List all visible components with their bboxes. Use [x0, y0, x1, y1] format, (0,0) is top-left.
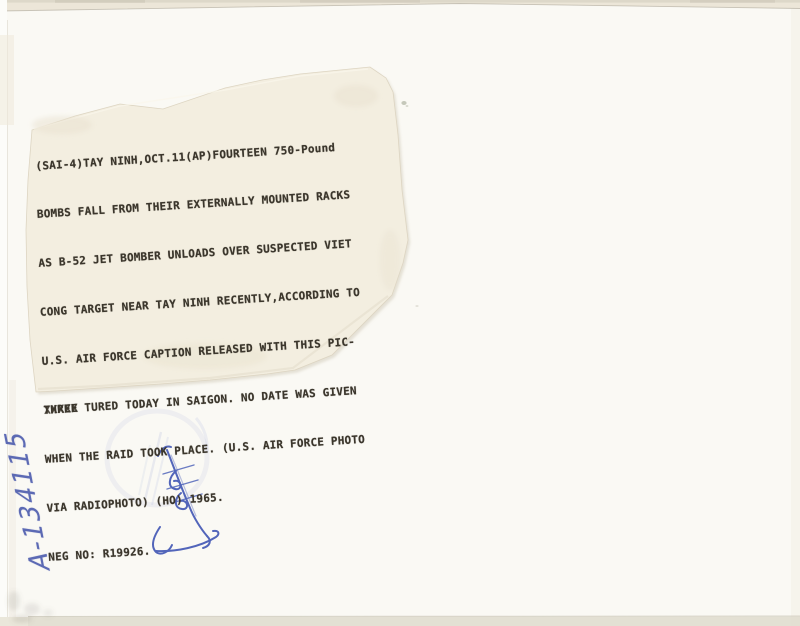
left-streak: [0, 35, 14, 125]
caption-line: U.S. AIR FORCE CAPTION RELEASED WITH THI…: [41, 332, 387, 370]
overstrike-x-overlay: XXXXX: [44, 401, 79, 419]
bottom-edge-line: [28, 616, 800, 617]
caption-line: CONG TARGET NEAR TAY NINH RECENTLY,ACCOR…: [39, 284, 384, 322]
caption-line: VIA RADIOPHOTO) (HO) 1965.: [46, 479, 397, 517]
caption-line: BOMBS FALL FROM THEIR EXTERNALLY MOUNTED…: [37, 186, 379, 224]
top-strip-patch: [55, 0, 145, 3]
right-edge-shade: [791, 0, 800, 626]
caption-text-block: (SAI-4)TAY NINH,OCT.11(AP)FOURTEEN 750-P…: [33, 105, 402, 598]
photo-back: (SAI-4)TAY NINH,OCT.11(AP)FOURTEEN 750-P…: [0, 0, 800, 626]
caption-line: (SAI-4)TAY NINH,OCT.11(AP)FOURTEEN 750-P…: [35, 137, 375, 175]
caption-line: THREEXXXXX TURED TODAY IN SAIGON. NO DAT…: [43, 381, 391, 419]
scan-border-bottom: [28, 617, 800, 626]
caption-line: AS B-52 JET BOMBER UNLOADS OVER SUSPECTE…: [38, 235, 382, 273]
overstruck-word: THREEXXXXX: [43, 401, 78, 419]
top-strip-patch: [690, 0, 775, 3]
top-strip-patch: [300, 0, 420, 3]
caption-line: WHEN THE RAID TOOK PLACE. (U.S. AIR FORC…: [44, 430, 393, 468]
caption-line: NEG NO: R19926.: [48, 528, 400, 566]
caption-line-rest: TURED TODAY IN SAIGON. NO DATE WAS GIVEN: [77, 384, 357, 415]
